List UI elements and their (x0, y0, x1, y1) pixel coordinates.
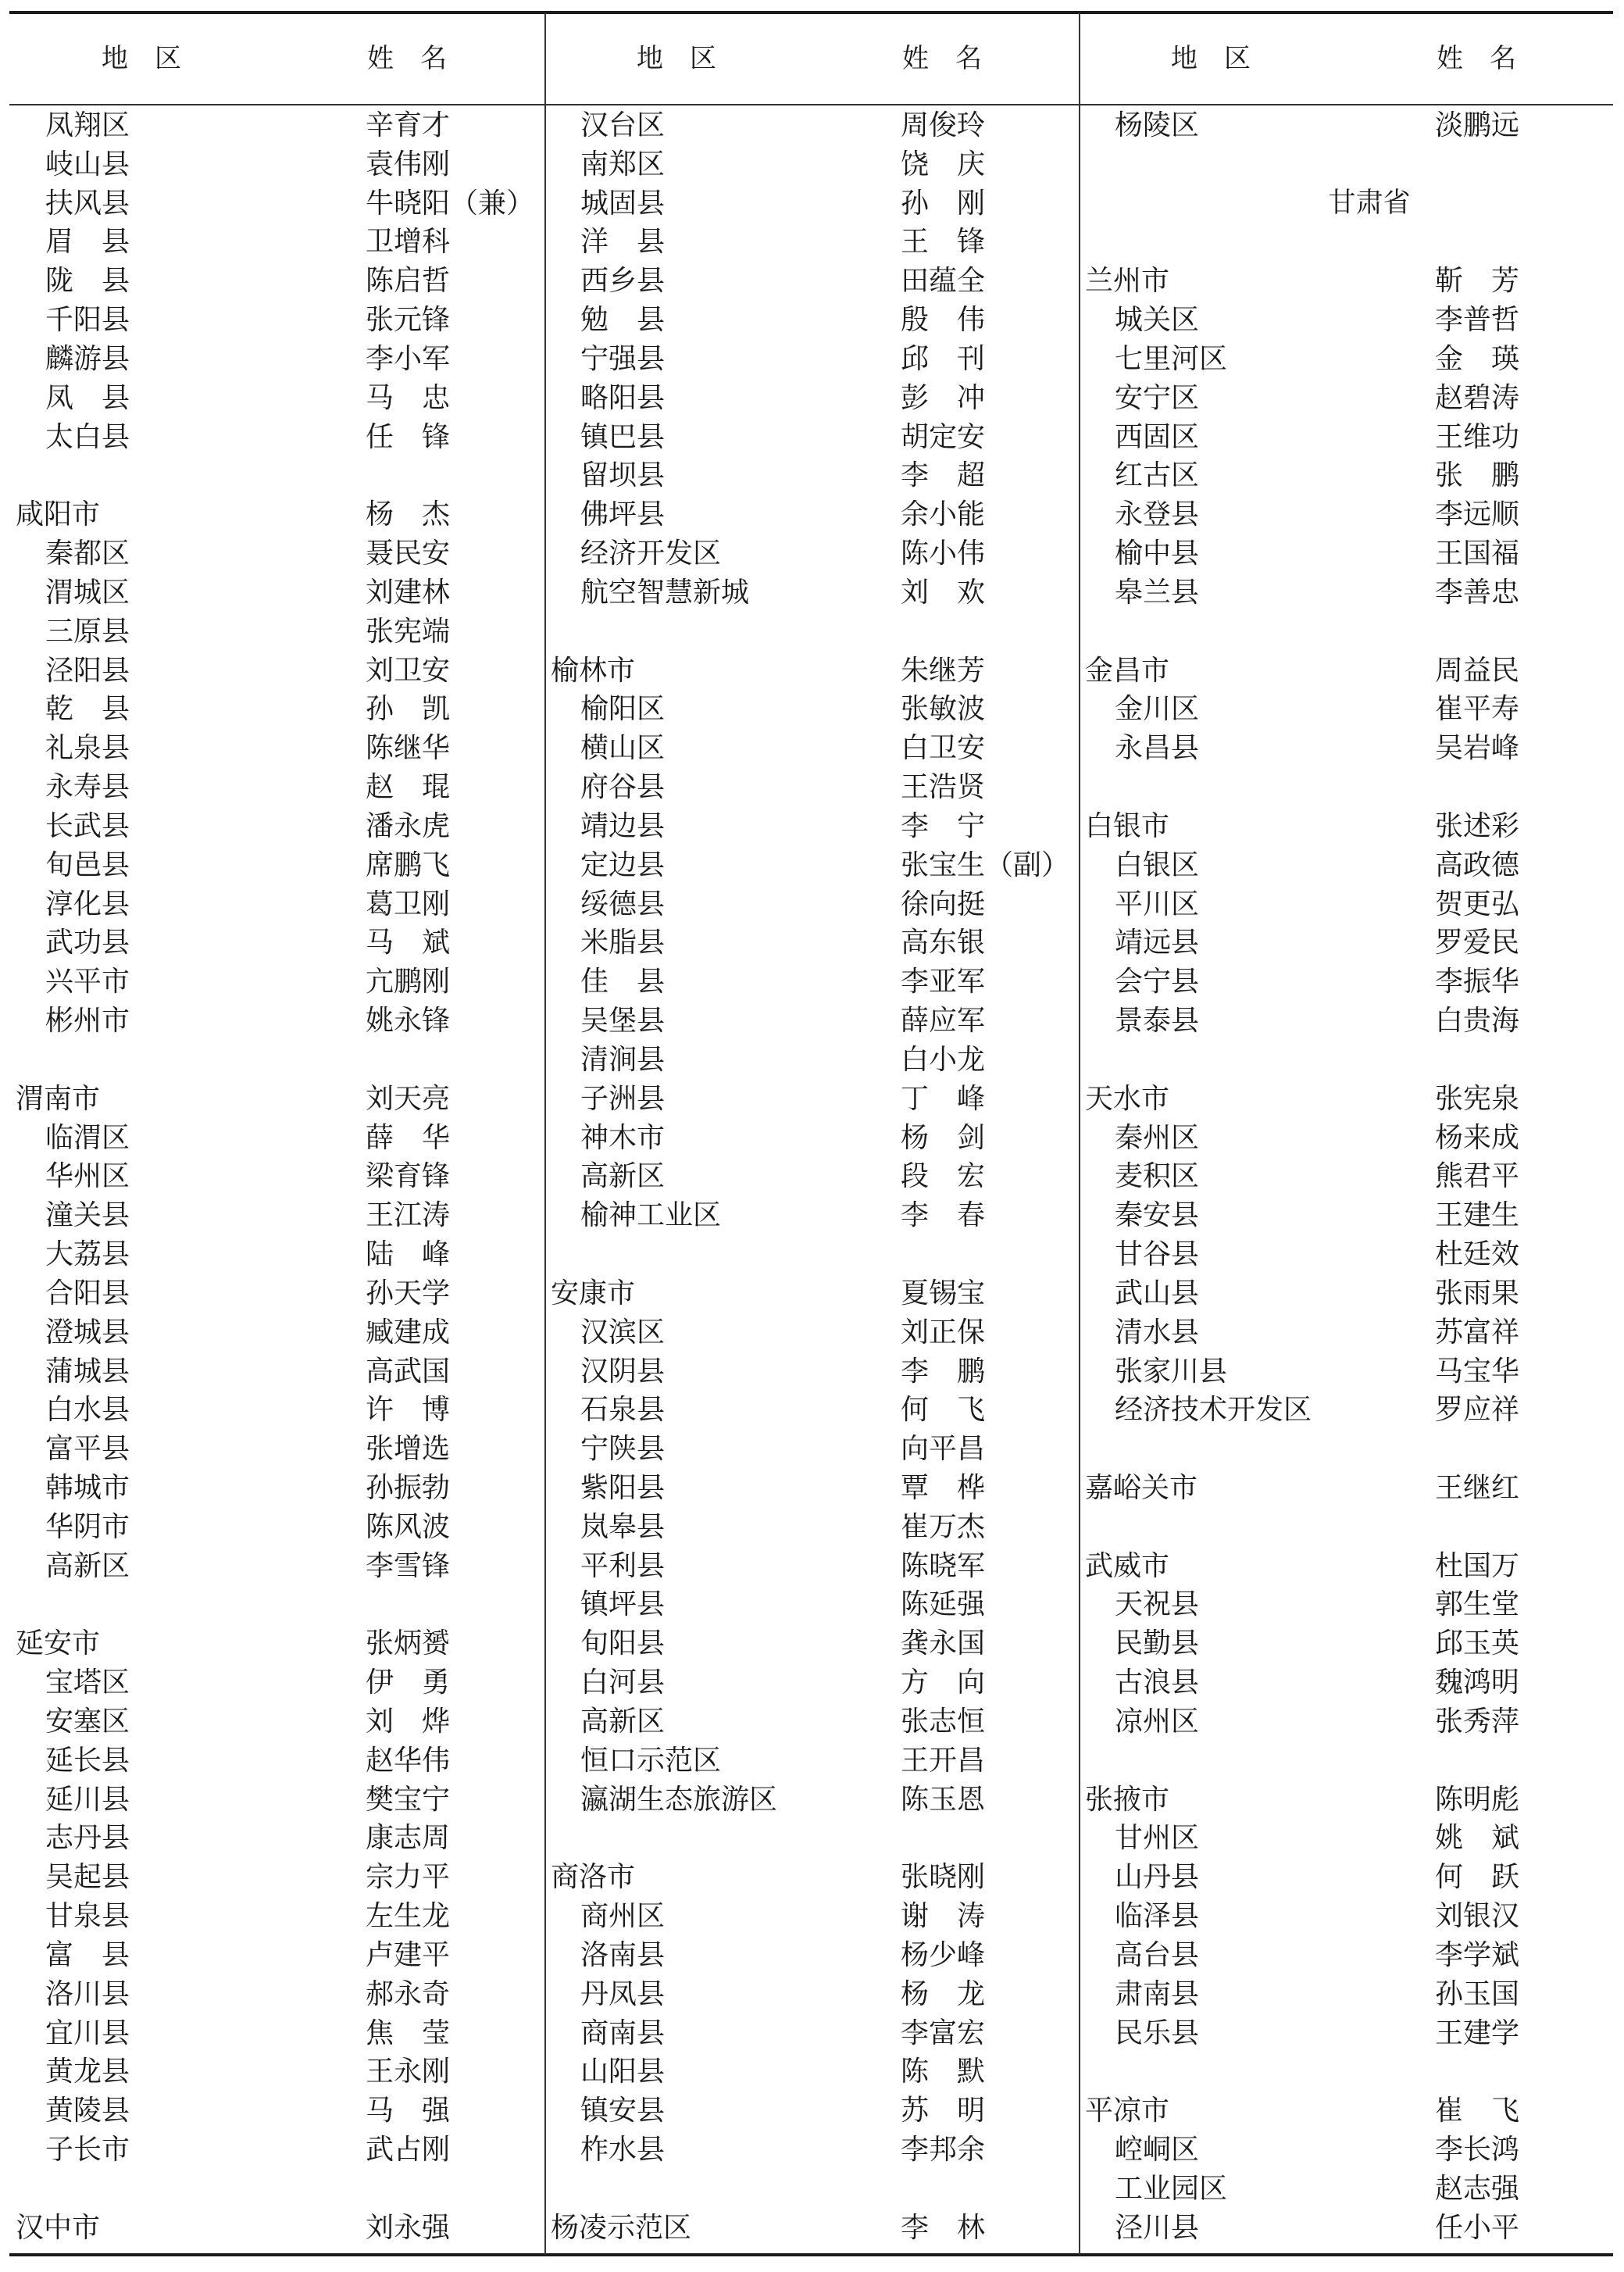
table-row: 商南县李富宏 (544, 2014, 1079, 2053)
table-row: 洛南县杨少峰 (544, 1936, 1079, 1975)
district-region-cell: 榆阳区 (580, 690, 665, 729)
table-row: 礼泉县陈继华 (9, 729, 544, 768)
person-name-cell: 任 锋 (366, 418, 450, 457)
person-name-cell: 李长鸿 (1435, 2131, 1519, 2170)
table-row: 扶风县牛晓阳（兼） (9, 184, 544, 223)
person-name-cell: 葛卫刚 (366, 885, 450, 924)
table-row: 宜川县焦 莹 (9, 2014, 544, 2053)
table-row: 镇安县苏 明 (544, 2092, 1079, 2131)
table-row: 榆阳区张敏波 (544, 690, 1079, 729)
table-row: 榆神工业区李 春 (544, 1196, 1079, 1235)
person-name-cell: 胡定安 (901, 418, 985, 457)
person-name-cell: 高东银 (901, 923, 985, 963)
district-region-cell: 吴堡县 (580, 1002, 665, 1041)
district-region-cell: 秦安县 (1115, 1196, 1199, 1235)
table-row: 高新区李雪锋 (9, 1547, 544, 1586)
table-row: 大荔县陆 峰 (9, 1235, 544, 1274)
person-name-cell: 张雨果 (1435, 1274, 1519, 1313)
table-row: 宁强县邱 刊 (544, 340, 1079, 379)
table-row: 商州区谢 涛 (544, 1897, 1079, 1936)
person-name-cell: 伊 勇 (366, 1663, 450, 1702)
district-region-cell: 金川区 (1115, 690, 1199, 729)
district-region-cell: 延长县 (45, 1742, 130, 1781)
table-column-1: 地 区 姓 名 凤翔区辛育才岐山县袁伟刚扶风县牛晓阳（兼）眉 县卫增科陇 县陈启… (9, 0, 544, 2272)
district-region-cell: 皋兰县 (1115, 573, 1199, 613)
table-row: 留坝县李 超 (544, 456, 1079, 495)
person-name-cell: 牛晓阳（兼） (366, 184, 534, 223)
header-region: 地 区 (102, 39, 181, 78)
district-region-cell: 合阳县 (45, 1274, 130, 1313)
district-region-cell: 勉 县 (580, 301, 665, 340)
district-region-cell: 城关区 (1115, 301, 1199, 340)
table-row: 汉阴县李 鹏 (544, 1352, 1079, 1391)
table-row: 金川区崔平寿 (1079, 690, 1613, 729)
table-row: 麟游县李小军 (9, 340, 544, 379)
district-region-cell: 岐山县 (45, 145, 130, 184)
district-region-cell: 麟游县 (45, 340, 130, 379)
district-region-cell: 华阴市 (45, 1508, 130, 1547)
person-name-cell: 陈启哲 (366, 262, 450, 301)
blank-row (9, 1585, 544, 1624)
table-row: 定边县张宝生（副） (544, 846, 1079, 885)
table-row: 吴起县宗力平 (9, 1858, 544, 1897)
person-name-cell: 白小龙 (901, 1041, 985, 1080)
district-region-cell: 佛坪县 (580, 495, 665, 534)
table-row: 肃南县孙玉国 (1079, 1975, 1613, 2014)
table-row: 汉台区周俊玲 (544, 106, 1079, 145)
table-row: 永寿县赵 琨 (9, 768, 544, 807)
district-region-cell: 山丹县 (1115, 1858, 1199, 1897)
blank-row (544, 1819, 1079, 1858)
blank-row (544, 2170, 1079, 2209)
table-row: 榆中县王国福 (1079, 534, 1613, 573)
person-name-cell: 孙 刚 (901, 184, 985, 223)
person-name-cell: 张 鹏 (1435, 456, 1519, 495)
province-heading-row: 甘肃省 (1079, 184, 1613, 223)
person-name-cell: 杨少峰 (901, 1936, 985, 1975)
district-region-cell: 天祝县 (1115, 1585, 1199, 1624)
table-row: 经济开发区陈小伟 (544, 534, 1079, 573)
table-row: 永昌县吴岩峰 (1079, 729, 1613, 768)
person-name-cell: 魏鸿明 (1435, 1663, 1519, 1702)
person-name-cell: 马宝华 (1435, 1352, 1519, 1391)
table-row: 清水县苏富祥 (1079, 1313, 1613, 1352)
person-name-cell: 杨来成 (1435, 1119, 1519, 1158)
person-name-cell: 熊君平 (1435, 1157, 1519, 1196)
person-name-cell: 刘 烨 (366, 1702, 450, 1742)
district-region-cell: 陇 县 (45, 262, 130, 301)
table-row: 佳 县李亚军 (544, 963, 1079, 1002)
person-name-cell: 王继红 (1435, 1469, 1519, 1508)
table-row: 米脂县高东银 (544, 923, 1079, 963)
district-region-cell: 永昌县 (1115, 729, 1199, 768)
table-row: 白水县许 博 (9, 1391, 544, 1430)
person-name-cell: 陆 峰 (366, 1235, 450, 1274)
table-row: 长武县潘永虎 (9, 807, 544, 846)
person-name-cell: 刘永强 (366, 2209, 450, 2248)
table-row: 高台县李学斌 (1079, 1936, 1613, 1975)
person-name-cell: 张宪端 (366, 613, 450, 652)
person-name-cell: 张增选 (366, 1430, 450, 1469)
person-name-cell: 何 飞 (901, 1391, 985, 1430)
district-region-cell: 子洲县 (580, 1080, 665, 1119)
district-region-cell: 岚皋县 (580, 1508, 665, 1547)
district-region-cell: 景泰县 (1115, 1002, 1199, 1041)
district-region-cell: 西乡县 (580, 262, 665, 301)
person-name-cell: 姚 斌 (1435, 1819, 1519, 1858)
district-region-cell: 旬邑县 (45, 846, 130, 885)
person-name-cell: 辛育才 (366, 106, 450, 145)
person-name-cell: 陈延强 (901, 1585, 985, 1624)
district-region-cell: 镇巴县 (580, 418, 665, 457)
district-region-cell: 延川县 (45, 1781, 130, 1820)
district-region-cell: 平川区 (1115, 885, 1199, 924)
district-region-cell: 兴平市 (45, 963, 130, 1002)
person-name-cell: 陈玉恩 (901, 1781, 985, 1820)
table-row: 白河县方 向 (544, 1663, 1079, 1702)
district-region-cell: 古浪县 (1115, 1663, 1199, 1702)
district-region-cell: 白银区 (1115, 846, 1199, 885)
table-row: 临渭区薛 华 (9, 1119, 544, 1158)
person-name-cell: 孙玉国 (1435, 1975, 1519, 2014)
district-region-cell: 靖远县 (1115, 923, 1199, 963)
table-row: 城关区李普哲 (1079, 301, 1613, 340)
person-name-cell: 高政德 (1435, 846, 1519, 885)
city-region-cell: 杨凌示范区 (551, 2209, 691, 2248)
person-name-cell: 张述彩 (1435, 807, 1519, 846)
person-name-cell: 李富宏 (901, 2014, 985, 2053)
person-name-cell: 李学斌 (1435, 1936, 1519, 1975)
district-region-cell: 千阳县 (45, 301, 130, 340)
table-row: 景泰县白贵海 (1079, 1002, 1613, 1041)
table-row: 岐山县袁伟刚 (9, 145, 544, 184)
blank-row (1079, 1508, 1613, 1547)
district-region-cell: 凤翔区 (45, 106, 130, 145)
city-region-cell: 安康市 (551, 1274, 635, 1313)
table-row: 靖远县罗爱民 (1079, 923, 1613, 963)
person-name-cell: 赵志强 (1435, 2170, 1519, 2209)
table-row: 会宁县李振华 (1079, 963, 1613, 1002)
blank-row (1079, 613, 1613, 652)
district-region-cell: 肃南县 (1115, 1975, 1199, 2014)
person-name-cell: 王维功 (1435, 418, 1519, 457)
district-region-cell: 潼关县 (45, 1196, 130, 1235)
table-row: 镇坪县陈延强 (544, 1585, 1079, 1624)
district-region-cell: 神木市 (580, 1119, 665, 1158)
row-list: 杨陵区淡鹏远甘肃省兰州市靳 芳城关区李普哲七里河区金 瑛安宁区赵碧涛西固区王维功… (1079, 106, 1613, 2248)
table-row: 勉 县殷 伟 (544, 301, 1079, 340)
header-name: 姓 名 (902, 39, 982, 78)
table-row: 汉滨区刘正保 (544, 1313, 1079, 1352)
district-region-cell: 定边县 (580, 846, 665, 885)
person-name-cell: 李 鹏 (901, 1352, 985, 1391)
district-region-cell: 横山区 (580, 729, 665, 768)
person-name-cell: 张晓刚 (901, 1858, 985, 1897)
table-row: 民乐县王建学 (1079, 2014, 1613, 2053)
header-name: 姓 名 (367, 39, 447, 78)
person-name-cell: 徐向挺 (901, 885, 985, 924)
district-region-cell: 凉州区 (1115, 1702, 1199, 1742)
person-name-cell: 白贵海 (1435, 1002, 1519, 1041)
table-row: 凉州区张秀萍 (1079, 1702, 1613, 1742)
table-row: 潼关县王江涛 (9, 1196, 544, 1235)
person-name-cell: 向平昌 (901, 1430, 985, 1469)
table-row: 宝塔区伊 勇 (9, 1663, 544, 1702)
district-region-cell: 秦都区 (45, 534, 130, 573)
table-row: 吴堡县薛应军 (544, 1002, 1079, 1041)
person-name-cell: 薛应军 (901, 1002, 985, 1041)
person-name-cell: 亢鹏刚 (366, 963, 450, 1002)
person-name-cell: 康志周 (366, 1819, 450, 1858)
table-row: 略阳县彭 冲 (544, 379, 1079, 418)
district-region-cell: 府谷县 (580, 768, 665, 807)
table-row: 张掖市陈明彪 (1079, 1781, 1613, 1820)
person-name-cell: 李小军 (366, 340, 450, 379)
table-row: 红古区张 鹏 (1079, 456, 1613, 495)
district-region-cell: 白水县 (45, 1391, 130, 1430)
province-heading: 甘肃省 (1079, 184, 1613, 223)
table-row: 武山县张雨果 (1079, 1274, 1613, 1313)
district-region-cell: 宝塔区 (45, 1663, 130, 1702)
table-row: 白银市张述彩 (1079, 807, 1613, 846)
person-name-cell: 左生龙 (366, 1897, 450, 1936)
district-region-cell: 汉滨区 (580, 1313, 665, 1352)
district-region-cell: 临泽县 (1115, 1897, 1199, 1936)
person-name-cell: 丁 峰 (901, 1080, 985, 1119)
person-name-cell: 龚永国 (901, 1624, 985, 1663)
district-region-cell: 民乐县 (1115, 2014, 1199, 2053)
person-name-cell: 马 强 (366, 2092, 450, 2131)
district-region-cell: 武山县 (1115, 1274, 1199, 1313)
blank-row (544, 1235, 1079, 1274)
person-name-cell: 罗应祥 (1435, 1391, 1519, 1430)
district-region-cell: 子长市 (45, 2131, 130, 2170)
table-row: 太白县任 锋 (9, 418, 544, 457)
person-name-cell: 李 春 (901, 1196, 985, 1235)
person-name-cell: 赵碧涛 (1435, 379, 1519, 418)
table-row: 凤 县马 忠 (9, 379, 544, 418)
table-row: 志丹县康志周 (9, 1819, 544, 1858)
table-row: 金昌市周益民 (1079, 652, 1613, 691)
district-region-cell: 工业园区 (1115, 2170, 1227, 2209)
person-name-cell: 赵 琨 (366, 768, 450, 807)
district-region-cell: 蒲城县 (45, 1352, 130, 1391)
person-name-cell: 张敏波 (901, 690, 985, 729)
person-name-cell: 武占刚 (366, 2131, 450, 2170)
district-region-cell: 米脂县 (580, 923, 665, 963)
table-row: 富 县卢建平 (9, 1936, 544, 1975)
district-region-cell: 渭城区 (45, 573, 130, 613)
district-region-cell: 安塞区 (45, 1702, 130, 1742)
district-region-cell: 会宁县 (1115, 963, 1199, 1002)
district-region-cell: 民勤县 (1115, 1624, 1199, 1663)
city-region-cell: 商洛市 (551, 1858, 635, 1897)
person-name-cell: 郭生堂 (1435, 1585, 1519, 1624)
person-name-cell: 李亚军 (901, 963, 985, 1002)
blank-row (1079, 223, 1613, 262)
person-name-cell: 张秀萍 (1435, 1702, 1519, 1742)
district-region-cell: 商州区 (580, 1897, 665, 1936)
person-name-cell: 臧建成 (366, 1313, 450, 1352)
person-name-cell: 刘正保 (901, 1313, 985, 1352)
table-row: 山丹县何 跃 (1079, 1858, 1613, 1897)
person-name-cell: 何 跃 (1435, 1858, 1519, 1897)
district-region-cell: 城固县 (580, 184, 665, 223)
person-name-cell: 靳 芳 (1435, 262, 1519, 301)
district-region-cell: 汉台区 (580, 106, 665, 145)
person-name-cell: 李振华 (1435, 963, 1519, 1002)
table-row: 麦积区熊君平 (1079, 1157, 1613, 1196)
district-region-cell: 凤 县 (45, 379, 130, 418)
table-row: 山阳县陈 默 (544, 2052, 1079, 2092)
table-row: 高新区段 宏 (544, 1157, 1079, 1196)
row-list: 汉台区周俊玲南郑区饶 庆城固县孙 刚洋 县王 锋西乡县田蕴全勉 县殷 伟宁强县邱… (544, 106, 1079, 2248)
person-name-cell: 周俊玲 (901, 106, 985, 145)
district-region-cell: 泾川县 (1115, 2209, 1199, 2248)
table-row: 兴平市亢鹏刚 (9, 963, 544, 1002)
district-region-cell: 留坝县 (580, 456, 665, 495)
district-region-cell: 榆中县 (1115, 534, 1199, 573)
person-name-cell: 孙振勃 (366, 1469, 450, 1508)
person-name-cell: 聂民安 (366, 534, 450, 573)
table-row: 七里河区金 瑛 (1079, 340, 1613, 379)
person-name-cell: 李 宁 (901, 807, 985, 846)
table-row: 高新区张志恒 (544, 1702, 1079, 1742)
district-region-cell: 宜川县 (45, 2014, 130, 2053)
table-row: 西固区王维功 (1079, 418, 1613, 457)
district-region-cell: 黄陵县 (45, 2092, 130, 2131)
district-region-cell: 红古区 (1115, 456, 1199, 495)
person-name-cell: 王浩贤 (901, 768, 985, 807)
person-name-cell: 陈明彪 (1435, 1781, 1519, 1820)
person-name-cell: 邱 刊 (901, 340, 985, 379)
table-row: 佛坪县余小能 (544, 495, 1079, 534)
person-name-cell: 李 超 (901, 456, 985, 495)
table-row: 横山区白卫安 (544, 729, 1079, 768)
city-region-cell: 嘉峪关市 (1085, 1469, 1197, 1508)
table-row: 洛川县郝永奇 (9, 1975, 544, 2014)
person-name-cell: 贺更弘 (1435, 885, 1519, 924)
city-region-cell: 汉中市 (16, 2209, 100, 2248)
table-row: 安康市夏锡宝 (544, 1274, 1079, 1313)
table-row: 平川区贺更弘 (1079, 885, 1613, 924)
blank-row (1079, 1041, 1613, 1080)
district-region-cell: 汉阴县 (580, 1352, 665, 1391)
table-row: 航空智慧新城刘 欢 (544, 573, 1079, 613)
table-row: 千阳县张元锋 (9, 301, 544, 340)
table-row: 商洛市张晓刚 (544, 1858, 1079, 1897)
table-row: 南郑区饶 庆 (544, 145, 1079, 184)
person-name-cell: 焦 莹 (366, 2014, 450, 2053)
district-region-cell: 志丹县 (45, 1819, 130, 1858)
table-row: 嘉峪关市王继红 (1079, 1469, 1613, 1508)
district-region-cell: 清涧县 (580, 1041, 665, 1080)
header-region: 地 区 (637, 39, 716, 78)
person-name-cell: 邱玉英 (1435, 1624, 1519, 1663)
person-name-cell: 李远顺 (1435, 495, 1519, 534)
district-region-cell: 镇坪县 (580, 1585, 665, 1624)
table-row: 眉 县卫增科 (9, 223, 544, 262)
table-row: 榆林市朱继芳 (544, 652, 1079, 691)
person-name-cell: 张宝生（副） (901, 846, 1069, 885)
district-region-cell: 永寿县 (45, 768, 130, 807)
person-name-cell: 郝永奇 (366, 1975, 450, 2014)
table-row: 淳化县葛卫刚 (9, 885, 544, 924)
district-region-cell: 华州区 (45, 1157, 130, 1196)
table-row: 绥德县徐向挺 (544, 885, 1079, 924)
district-region-cell: 武功县 (45, 923, 130, 963)
person-name-cell: 白卫安 (901, 729, 985, 768)
blank-row (1079, 1430, 1613, 1469)
district-region-cell: 绥德县 (580, 885, 665, 924)
person-name-cell: 苏 明 (901, 2092, 985, 2131)
table-row: 安塞区刘 烨 (9, 1702, 544, 1742)
person-name-cell: 刘 欢 (901, 573, 985, 613)
table-row: 秦都区聂民安 (9, 534, 544, 573)
table-row: 陇 县陈启哲 (9, 262, 544, 301)
person-name-cell: 陈小伟 (901, 534, 985, 573)
table-row: 乾 县孙 凯 (9, 690, 544, 729)
district-region-cell: 紫阳县 (580, 1469, 665, 1508)
table-row: 汉中市刘永强 (9, 2209, 544, 2248)
person-name-cell: 王建生 (1435, 1196, 1519, 1235)
table-row: 西乡县田蕴全 (544, 262, 1079, 301)
district-region-cell: 富 县 (45, 1936, 130, 1975)
table-row: 靖边县李 宁 (544, 807, 1079, 846)
table-row: 泾阳县刘卫安 (9, 652, 544, 691)
table-row: 甘谷县杜廷效 (1079, 1235, 1613, 1274)
person-name-cell: 朱继芳 (901, 652, 985, 691)
table-row: 富平县张增选 (9, 1430, 544, 1469)
person-name-cell: 马 斌 (366, 923, 450, 963)
person-name-cell: 李邦余 (901, 2131, 985, 2170)
table-row: 秦州区杨来成 (1079, 1119, 1613, 1158)
table-row: 白银区高政德 (1079, 846, 1613, 885)
person-name-cell: 薛 华 (366, 1119, 450, 1158)
person-name-cell: 淡鹏远 (1435, 106, 1519, 145)
person-name-cell: 潘永虎 (366, 807, 450, 846)
table-row: 延安市张炳赟 (9, 1624, 544, 1663)
person-name-cell: 饶 庆 (901, 145, 985, 184)
blank-row (9, 456, 544, 495)
city-region-cell: 延安市 (16, 1624, 100, 1663)
district-region-cell: 佳 县 (580, 963, 665, 1002)
district-region-cell: 靖边县 (580, 807, 665, 846)
person-name-cell: 崔平寿 (1435, 690, 1519, 729)
district-region-cell: 西固区 (1115, 418, 1199, 457)
person-name-cell: 宗力平 (366, 1858, 450, 1897)
person-name-cell: 袁伟刚 (366, 145, 450, 184)
person-name-cell: 卫增科 (366, 223, 450, 262)
district-region-cell: 大荔县 (45, 1235, 130, 1274)
person-name-cell: 夏锡宝 (901, 1274, 985, 1313)
district-region-cell: 秦州区 (1115, 1119, 1199, 1158)
person-name-cell: 李普哲 (1435, 301, 1519, 340)
district-region-cell: 山阳县 (580, 2052, 665, 2092)
person-name-cell: 彭 冲 (901, 379, 985, 418)
district-region-cell: 长武县 (45, 807, 130, 846)
table-row: 合阳县孙天学 (9, 1274, 544, 1313)
table-row: 天祝县郭生堂 (1079, 1585, 1613, 1624)
person-name-cell: 周益民 (1435, 652, 1519, 691)
district-region-cell: 南郑区 (580, 145, 665, 184)
table-row: 渭城区刘建林 (9, 573, 544, 613)
person-name-cell: 陈继华 (366, 729, 450, 768)
city-region-cell: 武威市 (1085, 1547, 1169, 1586)
table-row: 韩城市孙振勃 (9, 1469, 544, 1508)
header-name: 姓 名 (1437, 39, 1516, 78)
district-region-cell: 航空智慧新城 (580, 573, 749, 613)
